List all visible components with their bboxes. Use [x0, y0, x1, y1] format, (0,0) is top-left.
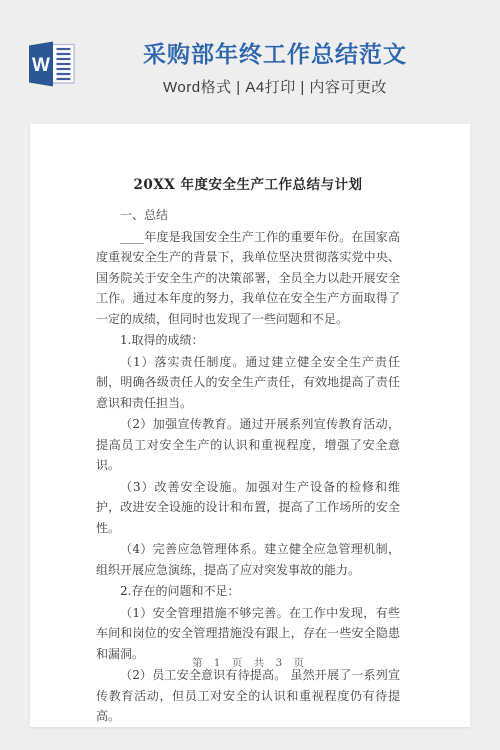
header-text-block: 采购部年终工作总结范文 Word格式 | A4打印 | 内容可更改	[50, 42, 500, 97]
document-paragraph: 1.取得的成绩：	[96, 330, 400, 351]
document-paragraph: 2.存在的问题和不足：	[96, 581, 400, 602]
page-number-footer: 第 1 页 共 3 页	[30, 655, 470, 670]
template-subtitle: Word格式 | A4打印 | 内容可更改	[50, 76, 500, 97]
document-paragraph: ____年度是我国安全生产工作的重要年份。在国家高度重视安全生产的背景下，我单位…	[96, 227, 400, 330]
template-title: 采购部年终工作总结范文	[50, 42, 500, 67]
document-paragraph: （2）员工安全意识有待提高。 虽然开展了一系列宣传教育活动，但员工对安全的认识和…	[96, 665, 400, 727]
document-page-preview: 20XX 年度安全生产工作总结与计划 一、总结____年度是我国安全生产工作的重…	[30, 124, 470, 727]
word-logo-letter: W	[32, 55, 50, 76]
document-paragraph: （1）落实责任制度。通过建立健全安全生产责任制，明确各级责任人的安全生产责任，有…	[96, 352, 400, 414]
document-paragraph: 一、总结	[96, 205, 400, 226]
template-header: W 采购部年终工作总结范文 Word格式 | A4打印 | 内容可更改	[0, 0, 500, 124]
document-paragraph: （4）完善应急管理体系。建立健全应急管理机制， 组织开展应急演练，提高了应对突发…	[96, 539, 400, 580]
page-root: W 采购部年终工作总结范文 Word格式 | A4打印 | 内容可更改 20XX…	[0, 0, 500, 750]
document-title: 20XX 年度安全生产工作总结与计划	[96, 173, 400, 193]
document-paragraph: （2）加强宣传教育。通过开展系列宣传教育活动，提高员工对安全生产的认识和重视程度…	[96, 414, 400, 476]
document-body: 一、总结____年度是我国安全生产工作的重要年份。在国家高度重视安全生产的背景下…	[96, 205, 400, 727]
document-paragraph: （3）改善安全设施。加强对生产设备的检修和维护，改进安全设施的设计和布置，提高了…	[96, 477, 400, 539]
